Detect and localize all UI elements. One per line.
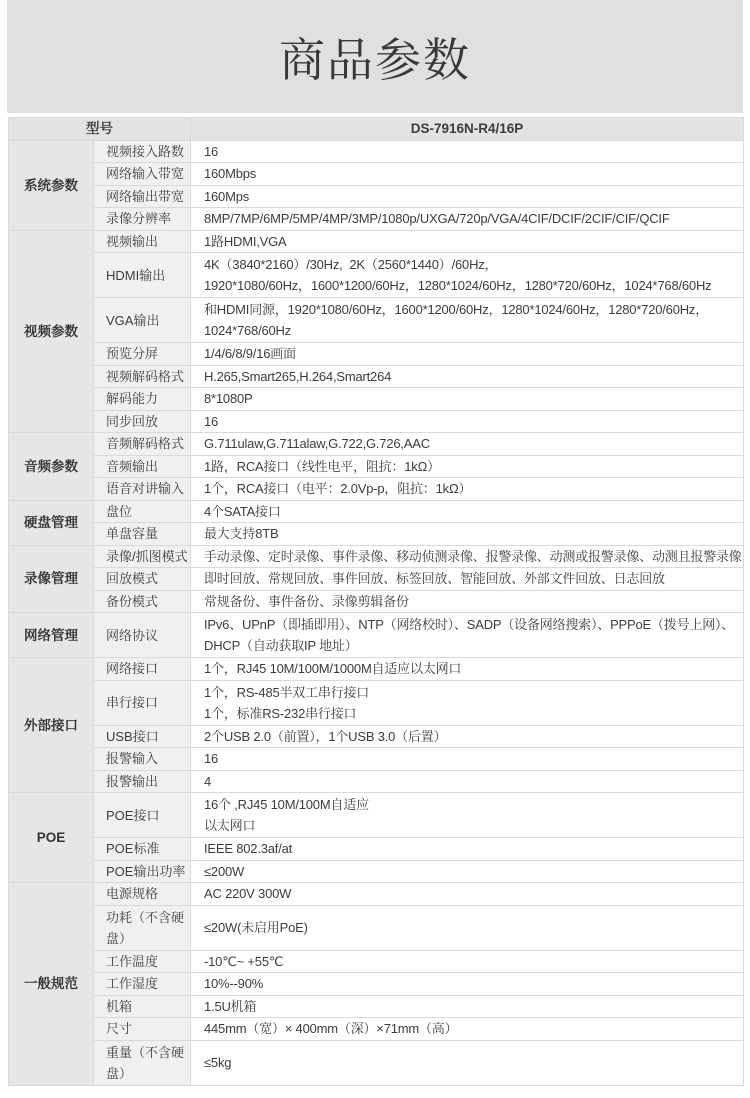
table-row: 预览分屏1/4/6/8/9/16画面: [9, 343, 744, 366]
param-label-cell: 网络输出带宽: [94, 185, 191, 208]
table-row: POE标准IEEE 802.3af/at: [9, 838, 744, 861]
table-row: 录像管理录像/抓图模式手动录像、定时录像、事件录像、移动侦测录像、报警录像、动测…: [9, 545, 744, 568]
param-label-cell: 报警输出: [94, 770, 191, 793]
table-row: 串行接口1个，RS-485半双工串行接口 1个，标准RS-232串行接口: [9, 680, 744, 725]
table-row: 网络输入带宽160Mbps: [9, 163, 744, 186]
param-label-cell: POE接口: [94, 793, 191, 838]
param-value-cell: 1/4/6/8/9/16画面: [191, 343, 744, 366]
param-value-cell: 16: [191, 410, 744, 433]
table-row: HDMI输出4K（3840*2160）/30Hz, 2K（2560*1440）/…: [9, 253, 744, 298]
category-cell: 音频参数: [9, 433, 94, 501]
spec-table-grid: 型号DS-7916N-R4/16P系统参数视频接入路数16网络输入带宽160Mb…: [8, 117, 744, 1086]
spec-table: 型号DS-7916N-R4/16P系统参数视频接入路数16网络输入带宽160Mb…: [8, 117, 743, 1086]
param-value-cell: 16个 ,RJ45 10M/100M自适应 以太网口: [191, 793, 744, 838]
param-label-cell: HDMI输出: [94, 253, 191, 298]
table-row: 网络管理网络协议IPv6、UPnP（即插即用）、NTP（网络校时）、SADP（设…: [9, 613, 744, 658]
param-label-cell: 同步回放: [94, 410, 191, 433]
table-row: 备份模式常规备份、事件备份、录像剪辑备份: [9, 590, 744, 613]
table-row: 外部接口网络接口1个，RJ45 10M/100M/1000M自适应以太网口: [9, 658, 744, 681]
param-label-cell: 预览分屏: [94, 343, 191, 366]
category-cell: 外部接口: [9, 658, 94, 793]
param-label-cell: 功耗（不含硬 盘）: [94, 905, 191, 950]
param-label-cell: 音频解码格式: [94, 433, 191, 456]
table-row: 硬盘管理盘位4个SATA接口: [9, 500, 744, 523]
category-cell: 一般规范: [9, 883, 94, 1086]
param-value-cell: 1路HDMI,VGA: [191, 230, 744, 253]
param-value-cell: 8MP/7MP/6MP/5MP/4MP/3MP/1080p/UXGA/720p/…: [191, 208, 744, 231]
category-cell: 视频参数: [9, 230, 94, 433]
param-label-cell: 网络接口: [94, 658, 191, 681]
table-row: 系统参数视频接入路数16: [9, 140, 744, 163]
param-label-cell: 音频输出: [94, 455, 191, 478]
param-value-cell: 1个，RS-485半双工串行接口 1个，标准RS-232串行接口: [191, 680, 744, 725]
param-value-cell: 16: [191, 748, 744, 771]
param-value-cell: AC 220V 300W: [191, 883, 744, 906]
param-label-cell: POE标准: [94, 838, 191, 861]
table-row: 回放模式即时回放、常规回放、事件回放、标签回放、智能回放、外部文件回放、日志回放: [9, 568, 744, 591]
param-value-cell: 即时回放、常规回放、事件回放、标签回放、智能回放、外部文件回放、日志回放: [191, 568, 744, 591]
table-row: 机箱1.5U机箱: [9, 995, 744, 1018]
param-label-cell: 机箱: [94, 995, 191, 1018]
table-row: 视频解码格式H.265,Smart265,H.264,Smart264: [9, 365, 744, 388]
param-value-cell: 1路，RCA接口（线性电平，阻抗：1kΩ）: [191, 455, 744, 478]
param-value-cell: 1个，RJ45 10M/100M/1000M自适应以太网口: [191, 658, 744, 681]
param-value-cell: 445mm（宽）× 400mm（深）×71mm（高）: [191, 1018, 744, 1041]
param-value-cell: 常规备份、事件备份、录像剪辑备份: [191, 590, 744, 613]
table-row: 功耗（不含硬 盘）≤20W(未启用PoE): [9, 905, 744, 950]
model-row: 型号DS-7916N-R4/16P: [9, 118, 744, 141]
param-value-cell: ≤200W: [191, 860, 744, 883]
category-cell: POE: [9, 793, 94, 883]
table-row: 网络输出带宽160Mps: [9, 185, 744, 208]
table-row: 一般规范电源规格AC 220V 300W: [9, 883, 744, 906]
param-value-cell: 8*1080P: [191, 388, 744, 411]
category-cell: 系统参数: [9, 140, 94, 230]
param-value-cell: 4: [191, 770, 744, 793]
param-label-cell: USB接口: [94, 725, 191, 748]
param-label-cell: 语音对讲输入: [94, 478, 191, 501]
table-row: 音频输出1路，RCA接口（线性电平，阻抗：1kΩ）: [9, 455, 744, 478]
table-row: 尺寸445mm（宽）× 400mm（深）×71mm（高）: [9, 1018, 744, 1041]
param-label-cell: 盘位: [94, 500, 191, 523]
category-cell: 硬盘管理: [9, 500, 94, 545]
table-row: 录像分辨率8MP/7MP/6MP/5MP/4MP/3MP/1080p/UXGA/…: [9, 208, 744, 231]
param-value-cell: 最大支持8TB: [191, 523, 744, 546]
param-label-cell: 录像/抓图模式: [94, 545, 191, 568]
table-row: 报警输入16: [9, 748, 744, 771]
table-row: 同步回放16: [9, 410, 744, 433]
table-row: 音频参数音频解码格式G.711ulaw,G.711alaw,G.722,G.72…: [9, 433, 744, 456]
param-value-cell: 手动录像、定时录像、事件录像、移动侦测录像、报警录像、动测或报警录像、动测且报警…: [191, 545, 744, 568]
param-value-cell: H.265,Smart265,H.264,Smart264: [191, 365, 744, 388]
table-row: POEPOE接口16个 ,RJ45 10M/100M自适应 以太网口: [9, 793, 744, 838]
param-label-cell: 串行接口: [94, 680, 191, 725]
param-label-cell: 工作温度: [94, 950, 191, 973]
table-row: 报警输出4: [9, 770, 744, 793]
table-row: USB接口2个USB 2.0（前置），1个USB 3.0（后置）: [9, 725, 744, 748]
param-value-cell: 2个USB 2.0（前置），1个USB 3.0（后置）: [191, 725, 744, 748]
param-value-cell: IPv6、UPnP（即插即用）、NTP（网络校时）、SADP（设备网络搜索）、P…: [191, 613, 744, 658]
param-value-cell: IEEE 802.3af/at: [191, 838, 744, 861]
table-row: 解码能力8*1080P: [9, 388, 744, 411]
table-row: 单盘容量最大支持8TB: [9, 523, 744, 546]
param-label-cell: 电源规格: [94, 883, 191, 906]
param-label-cell: POE输出功率: [94, 860, 191, 883]
param-value-cell: 160Mbps: [191, 163, 744, 186]
param-label-cell: 尺寸: [94, 1018, 191, 1041]
table-row: VGA输出和HDMI同源，1920*1080/60Hz，1600*1200/60…: [9, 298, 744, 343]
param-label-cell: 报警输入: [94, 748, 191, 771]
param-value-cell: G.711ulaw,G.711alaw,G.722,G.726,AAC: [191, 433, 744, 456]
param-value-cell: 1个，RCA接口（电平：2.0Vp-p，阻抗：1kΩ）: [191, 478, 744, 501]
param-value-cell: ≤5kg: [191, 1040, 744, 1085]
param-label-cell: VGA输出: [94, 298, 191, 343]
table-row: 工作温度-10℃~ +55℃: [9, 950, 744, 973]
table-row: 工作湿度10%--90%: [9, 973, 744, 996]
param-value-cell: 16: [191, 140, 744, 163]
page-title: 商品参数: [279, 24, 471, 90]
param-label-cell: 录像分辨率: [94, 208, 191, 231]
param-label-cell: 工作湿度: [94, 973, 191, 996]
param-label-cell: 重量（不含硬 盘）: [94, 1040, 191, 1085]
param-label-cell: 回放模式: [94, 568, 191, 591]
table-row: 视频参数视频输出1路HDMI,VGA: [9, 230, 744, 253]
model-label: 型号: [9, 118, 191, 141]
model-value: DS-7916N-R4/16P: [191, 118, 744, 141]
param-label-cell: 网络协议: [94, 613, 191, 658]
param-value-cell: 1.5U机箱: [191, 995, 744, 1018]
param-value-cell: 160Mps: [191, 185, 744, 208]
param-value-cell: 4K（3840*2160）/30Hz, 2K（2560*1440）/60Hz， …: [191, 253, 744, 298]
param-value-cell: -10℃~ +55℃: [191, 950, 744, 973]
param-value-cell: 和HDMI同源，1920*1080/60Hz，1600*1200/60Hz，12…: [191, 298, 744, 343]
param-label-cell: 单盘容量: [94, 523, 191, 546]
param-label-cell: 视频接入路数: [94, 140, 191, 163]
param-label-cell: 视频解码格式: [94, 365, 191, 388]
category-cell: 网络管理: [9, 613, 94, 658]
table-row: 重量（不含硬 盘）≤5kg: [9, 1040, 744, 1085]
table-row: 语音对讲输入1个，RCA接口（电平：2.0Vp-p，阻抗：1kΩ）: [9, 478, 744, 501]
param-value-cell: 10%--90%: [191, 973, 744, 996]
param-value-cell: ≤20W(未启用PoE): [191, 905, 744, 950]
param-label-cell: 网络输入带宽: [94, 163, 191, 186]
title-band: 商品参数: [7, 0, 743, 113]
param-label-cell: 视频输出: [94, 230, 191, 253]
param-label-cell: 解码能力: [94, 388, 191, 411]
param-value-cell: 4个SATA接口: [191, 500, 744, 523]
table-row: POE输出功率≤200W: [9, 860, 744, 883]
param-label-cell: 备份模式: [94, 590, 191, 613]
category-cell: 录像管理: [9, 545, 94, 613]
